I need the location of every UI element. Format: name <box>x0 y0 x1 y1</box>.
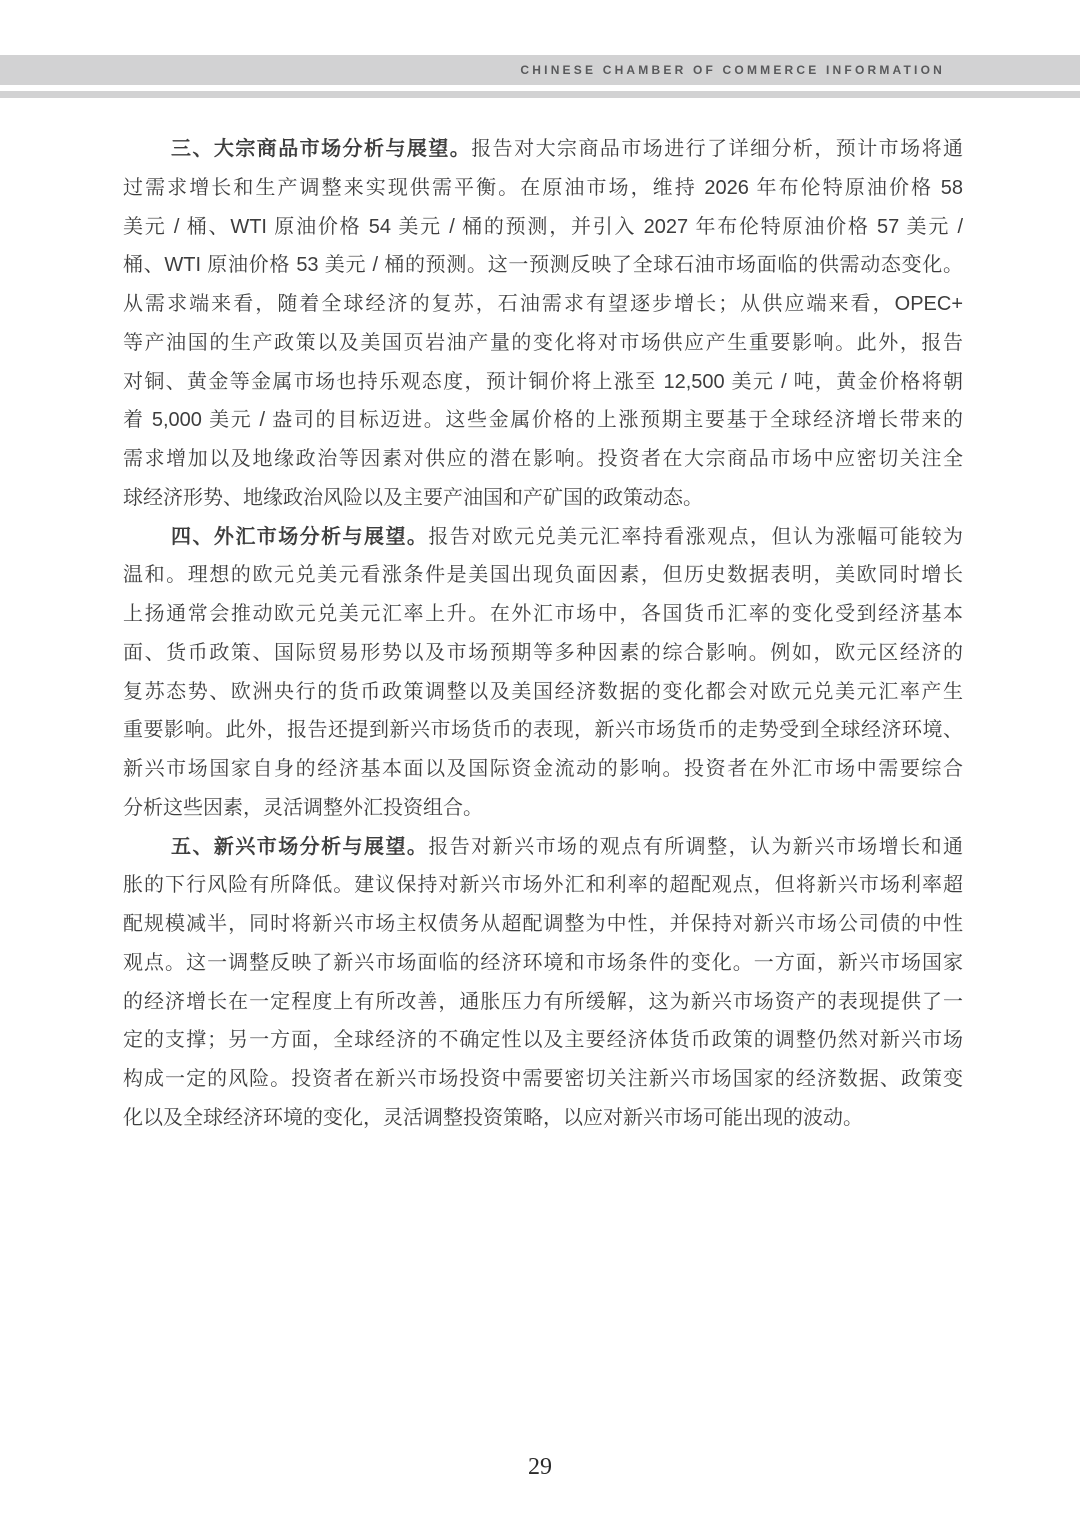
text-line: 重要影响。此外，报告还提到新兴市场货币的表现，新兴市场货币的走势受到全球经济环境… <box>123 711 963 750</box>
text-line: 桶、WTI 原油价格 53 美元 / 桶的预测。这一预测反映了全球石油市场面临的… <box>123 246 963 285</box>
paragraph-commodities: 三、大宗商品市场分析与展望。报告对大宗商品市场进行了详细分析，预计市场将通 过需… <box>123 130 963 518</box>
text-line: 对铜、黄金等金属市场也持乐观态度，预计铜价将上涨至 12,500 美元 / 吨，… <box>123 363 963 402</box>
text-line: 面、货币政策、国际贸易形势以及市场预期等多种因素的综合影响。例如，欧元区经济的 <box>123 634 963 673</box>
text-line: 分析这些因素，灵活调整外汇投资组合。 <box>123 789 963 828</box>
text-line: 球经济形势、地缘政治风险以及主要产油国和产矿国的政策动态。 <box>123 479 963 518</box>
section-heading: 五、新兴市场分析与展望。 <box>171 836 428 858</box>
text-line: 温和。理想的欧元兑美元看涨条件是美国出现负面因素，但历史数据表明，美欧同时增长 <box>123 556 963 595</box>
header-bar: CHINESE CHAMBER OF COMMERCE INFORMATION <box>0 55 1080 85</box>
text-run: 报告对大宗商品市场进行了详细分析，预计市场将通 <box>471 138 963 160</box>
text-line: 等产油国的生产政策以及美国页岩油产量的变化将对市场供应产生重要影响。此外，报告 <box>123 324 963 363</box>
text-line: 新兴市场国家自身的经济基本面以及国际资金流动的影响。投资者在外汇市场中需要综合 <box>123 750 963 789</box>
page-number: 29 <box>0 1454 1080 1481</box>
section-heading: 四、外汇市场分析与展望。 <box>171 526 428 548</box>
section-heading: 三、大宗商品市场分析与展望。 <box>171 138 471 160</box>
text-run: 报告对新兴市场的观点有所调整，认为新兴市场增长和通 <box>428 836 963 858</box>
text-line: 过需求增长和生产调整来实现供需平衡。在原油市场，维持 2026 年布伦特原油价格… <box>123 169 963 208</box>
text-line: 配规模减半，同时将新兴市场主权债务从超配调整为中性，并保持对新兴市场公司债的中性 <box>123 905 963 944</box>
header-banner-text: CHINESE CHAMBER OF COMMERCE INFORMATION <box>0 55 1080 85</box>
paragraph-emerging-markets: 五、新兴市场分析与展望。报告对新兴市场的观点有所调整，认为新兴市场增长和通 胀的… <box>123 828 963 1138</box>
text-line: 复苏态势、欧洲央行的货币政策调整以及美国经济数据的变化都会对欧元兑美元汇率产生 <box>123 673 963 712</box>
text-line: 胀的下行风险有所降低。建议保持对新兴市场外汇和利率的超配观点，但将新兴市场利率超 <box>123 866 963 905</box>
text-line: 观点。这一调整反映了新兴市场面临的经济环境和市场条件的变化。一方面，新兴市场国家 <box>123 944 963 983</box>
header-rule <box>0 91 1080 98</box>
text-line: 的经济增长在一定程度上有所改善，通胀压力有所缓解，这为新兴市场资产的表现提供了一 <box>123 983 963 1022</box>
text-line: 从需求端来看，随着全球经济的复苏，石油需求有望逐步增长；从供应端来看，OPEC+ <box>123 285 963 324</box>
text-line: 美元 / 桶、WTI 原油价格 54 美元 / 桶的预测，并引入 2027 年布… <box>123 208 963 247</box>
text-line: 需求增加以及地缘政治等因素对供应的潜在影响。投资者在大宗商品市场中应密切关注全 <box>123 440 963 479</box>
paragraph-forex: 四、外汇市场分析与展望。报告对欧元兑美元汇率持看涨观点，但认为涨幅可能较为 温和… <box>123 518 963 828</box>
text-line: 四、外汇市场分析与展望。报告对欧元兑美元汇率持看涨观点，但认为涨幅可能较为 <box>123 518 963 557</box>
text-line: 三、大宗商品市场分析与展望。报告对大宗商品市场进行了详细分析，预计市场将通 <box>123 130 963 169</box>
text-line: 五、新兴市场分析与展望。报告对新兴市场的观点有所调整，认为新兴市场增长和通 <box>123 828 963 867</box>
document-body: 三、大宗商品市场分析与展望。报告对大宗商品市场进行了详细分析，预计市场将通 过需… <box>123 130 963 1138</box>
text-run: 报告对欧元兑美元汇率持看涨观点，但认为涨幅可能较为 <box>428 526 963 548</box>
text-line: 构成一定的风险。投资者在新兴市场投资中需要密切关注新兴市场国家的经济数据、政策变 <box>123 1060 963 1099</box>
text-line: 上扬通常会推动欧元兑美元汇率上升。在外汇市场中，各国货币汇率的变化受到经济基本 <box>123 595 963 634</box>
text-line: 定的支撑；另一方面，全球经济的不确定性以及主要经济体货币政策的调整仍然对新兴市场 <box>123 1021 963 1060</box>
document-page: CHINESE CHAMBER OF COMMERCE INFORMATION … <box>0 0 1080 1525</box>
text-line: 化以及全球经济环境的变化，灵活调整投资策略，以应对新兴市场可能出现的波动。 <box>123 1099 963 1138</box>
text-line: 着 5,000 美元 / 盎司的目标迈进。这些金属价格的上涨预期主要基于全球经济… <box>123 401 963 440</box>
